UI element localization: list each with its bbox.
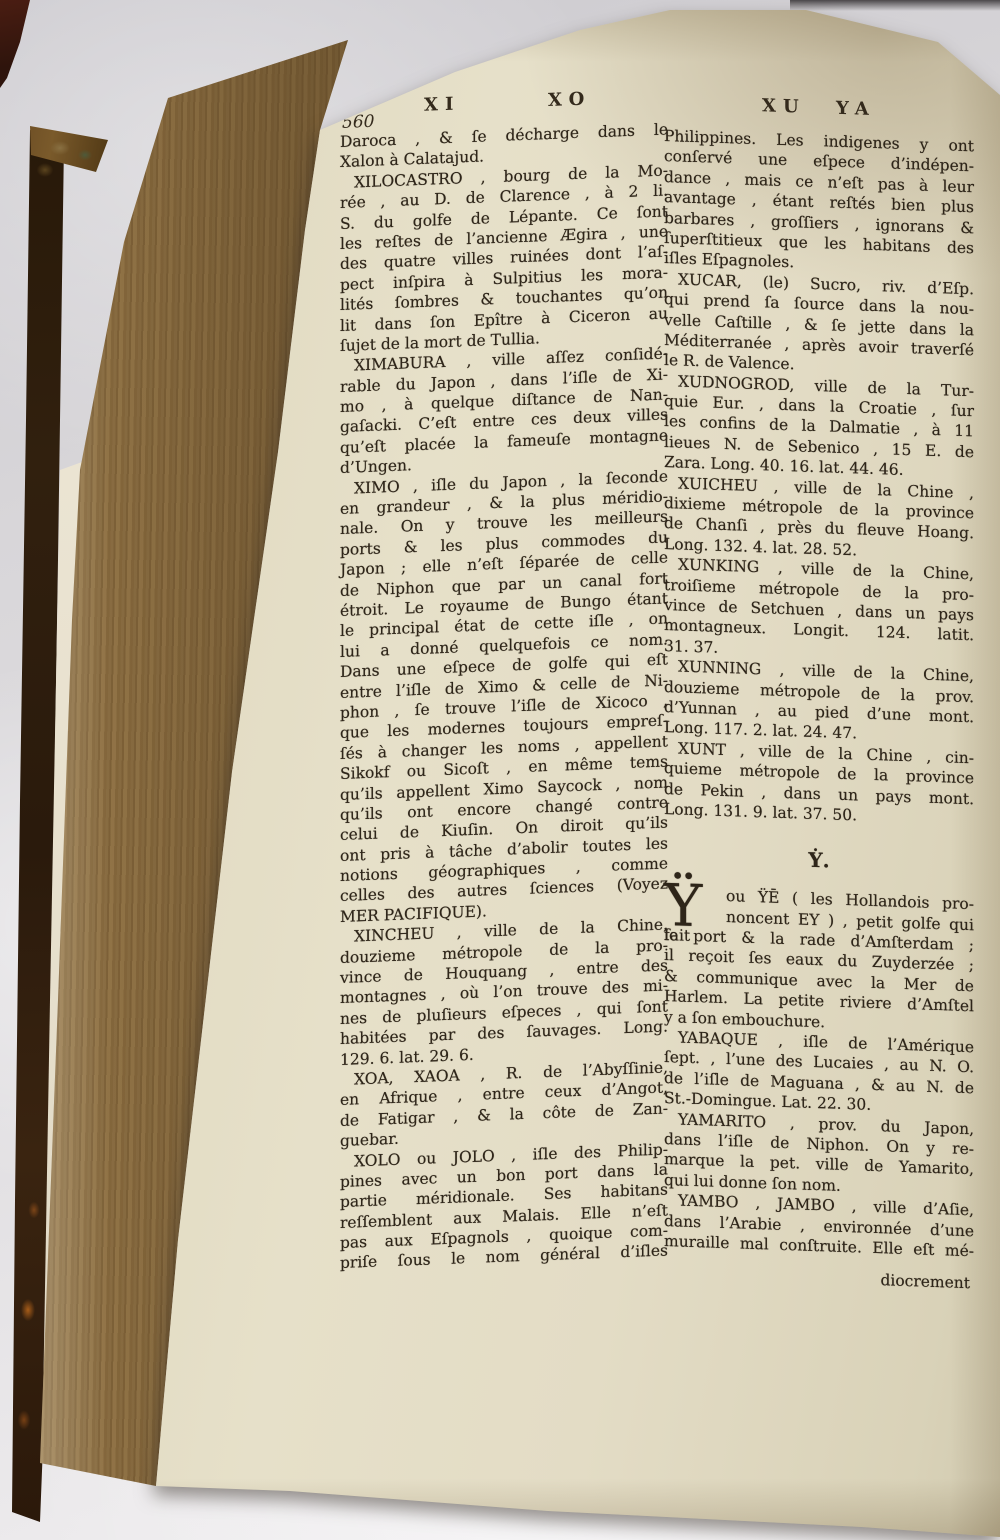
- book-page-wrap: 560 XI XO Daroca , & ſe décharge dans le…: [0, 0, 1000, 1540]
- y-entry-text: ou ŸĒ ( les Hollandois pro-noncent EY ) …: [664, 884, 974, 1261]
- column-right: XU YA Philippines. Les indigenes y ontco…: [664, 92, 974, 1293]
- page-number: 560: [342, 112, 374, 133]
- running-head-xu: XU: [762, 95, 806, 117]
- catchword: diocrement: [664, 1264, 974, 1292]
- book-photo: 560 XI XO Daroca , & ſe décharge dans le…: [0, 0, 1000, 1540]
- drop-cap-y: Ÿ: [664, 880, 720, 924]
- book-page: 560 XI XO Daroca , & ſe décharge dans le…: [0, 0, 1000, 1540]
- running-head-xi: XI: [424, 93, 460, 115]
- column-left: 560 XI XO Daroca , & ſe décharge dans le…: [340, 85, 668, 1273]
- right-column-text: Philippines. Les indigenes y ontconſervé…: [664, 126, 974, 830]
- running-head-xo: XO: [548, 88, 591, 111]
- running-head-ya: YA: [836, 98, 876, 120]
- left-column-text: Daroca , & ſe décharge dans leXalon à Ca…: [340, 119, 668, 1273]
- y-entry-paragraph: Ÿ ou ŸĒ ( les Hollandois pro-noncent EY …: [664, 884, 974, 1261]
- section-heading-y: Ẏ.: [664, 843, 974, 877]
